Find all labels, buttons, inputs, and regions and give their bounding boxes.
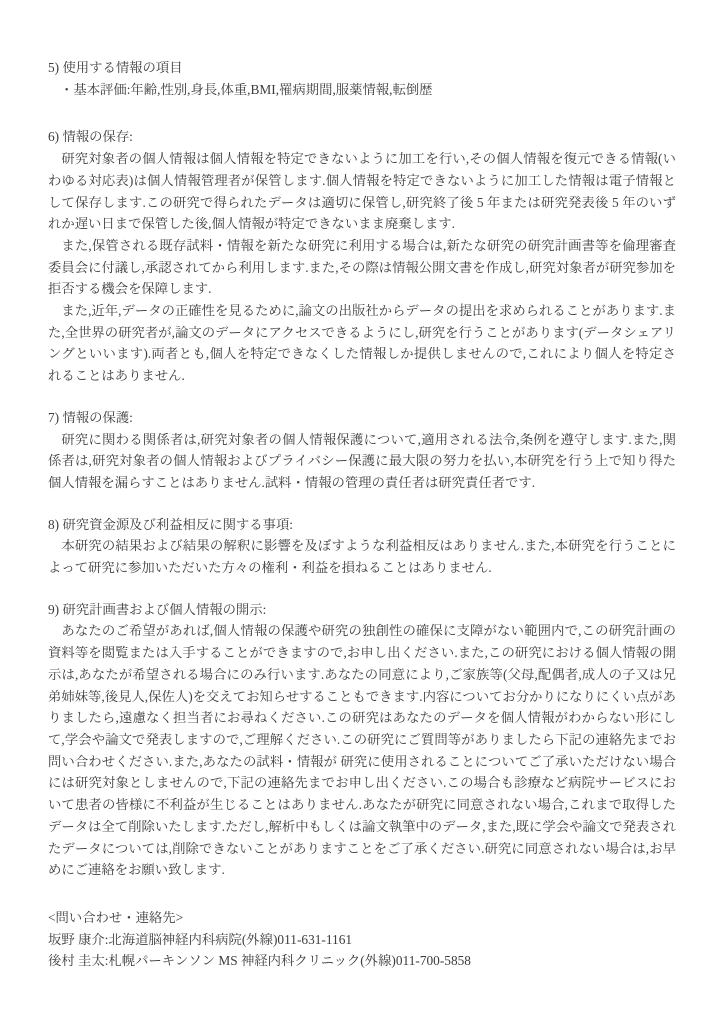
- contact-line-sakano: 坂野 康介:北海道脳神経内科病院(外線)011-631-1161: [48, 929, 676, 951]
- section-7-heading: 7) 情報の保護:: [48, 407, 676, 429]
- section-6-paragraph: また,近年,データの正確性を見るために,論文の出版社からデータの提出を求められる…: [48, 300, 676, 387]
- contact-section: <問い合わせ・連絡先> 坂野 康介:北海道脳神経内科病院(外線)011-631-…: [48, 907, 676, 972]
- section-7-paragraph: 研究に関わる関係者は,研究対象者の個人情報保護について,適用される法令,条例を遵…: [48, 429, 676, 494]
- contact-line-gomura: 後村 圭太:札幌パーキンソン MS 神経内科クリニック(外線)011-700-5…: [48, 950, 676, 972]
- section-8-paragraph: 本研究の結果および結果の解釈に影響を及ぼすような利益相反はありません.また,本研…: [48, 535, 676, 578]
- document-page: 5) 使用する情報の項目 ・基本評価:年齢,性別,身長,体重,BMI,罹病期間,…: [0, 0, 724, 1024]
- section-8-heading: 8) 研究資金源及び利益相反に関する事項:: [48, 514, 676, 536]
- section-5-bullet-basic-evaluation: ・基本評価:年齢,性別,身長,体重,BMI,罹病期間,服薬情報,転倒歴: [48, 79, 676, 101]
- section-9-heading: 9) 研究計画書および個人情報の開示:: [48, 599, 676, 621]
- section-used-information-items: 5) 使用する情報の項目 ・基本評価:年齢,性別,身長,体重,BMI,罹病期間,…: [48, 57, 676, 100]
- section-information-storage: 6) 情報の保存: 研究対象者の個人情報は個人情報を特定できないように加工を行い…: [48, 126, 676, 386]
- contact-heading: <問い合わせ・連絡先>: [48, 907, 676, 929]
- section-6-heading: 6) 情報の保存:: [48, 126, 676, 148]
- section-disclosure: 9) 研究計画書および個人情報の開示: あなたのご希望があれば,個人情報の保護や…: [48, 599, 676, 881]
- section-6-paragraph: 研究対象者の個人情報は個人情報を特定できないように加工を行い,その個人情報を復元…: [48, 148, 676, 235]
- section-information-protection: 7) 情報の保護: 研究に関わる関係者は,研究対象者の個人情報保護について,適用…: [48, 407, 676, 494]
- section-6-paragraph: また,保管される既存試料・情報を新たな研究に利用する場合は,新たな研究の研究計画…: [48, 235, 676, 300]
- section-funding-conflict-of-interest: 8) 研究資金源及び利益相反に関する事項: 本研究の結果および結果の解釈に影響を…: [48, 514, 676, 579]
- section-9-paragraph: あなたのご希望があれば,個人情報の保護や研究の独創性の確保に支障がない範囲内で,…: [48, 620, 676, 880]
- section-5-heading: 5) 使用する情報の項目: [48, 57, 676, 79]
